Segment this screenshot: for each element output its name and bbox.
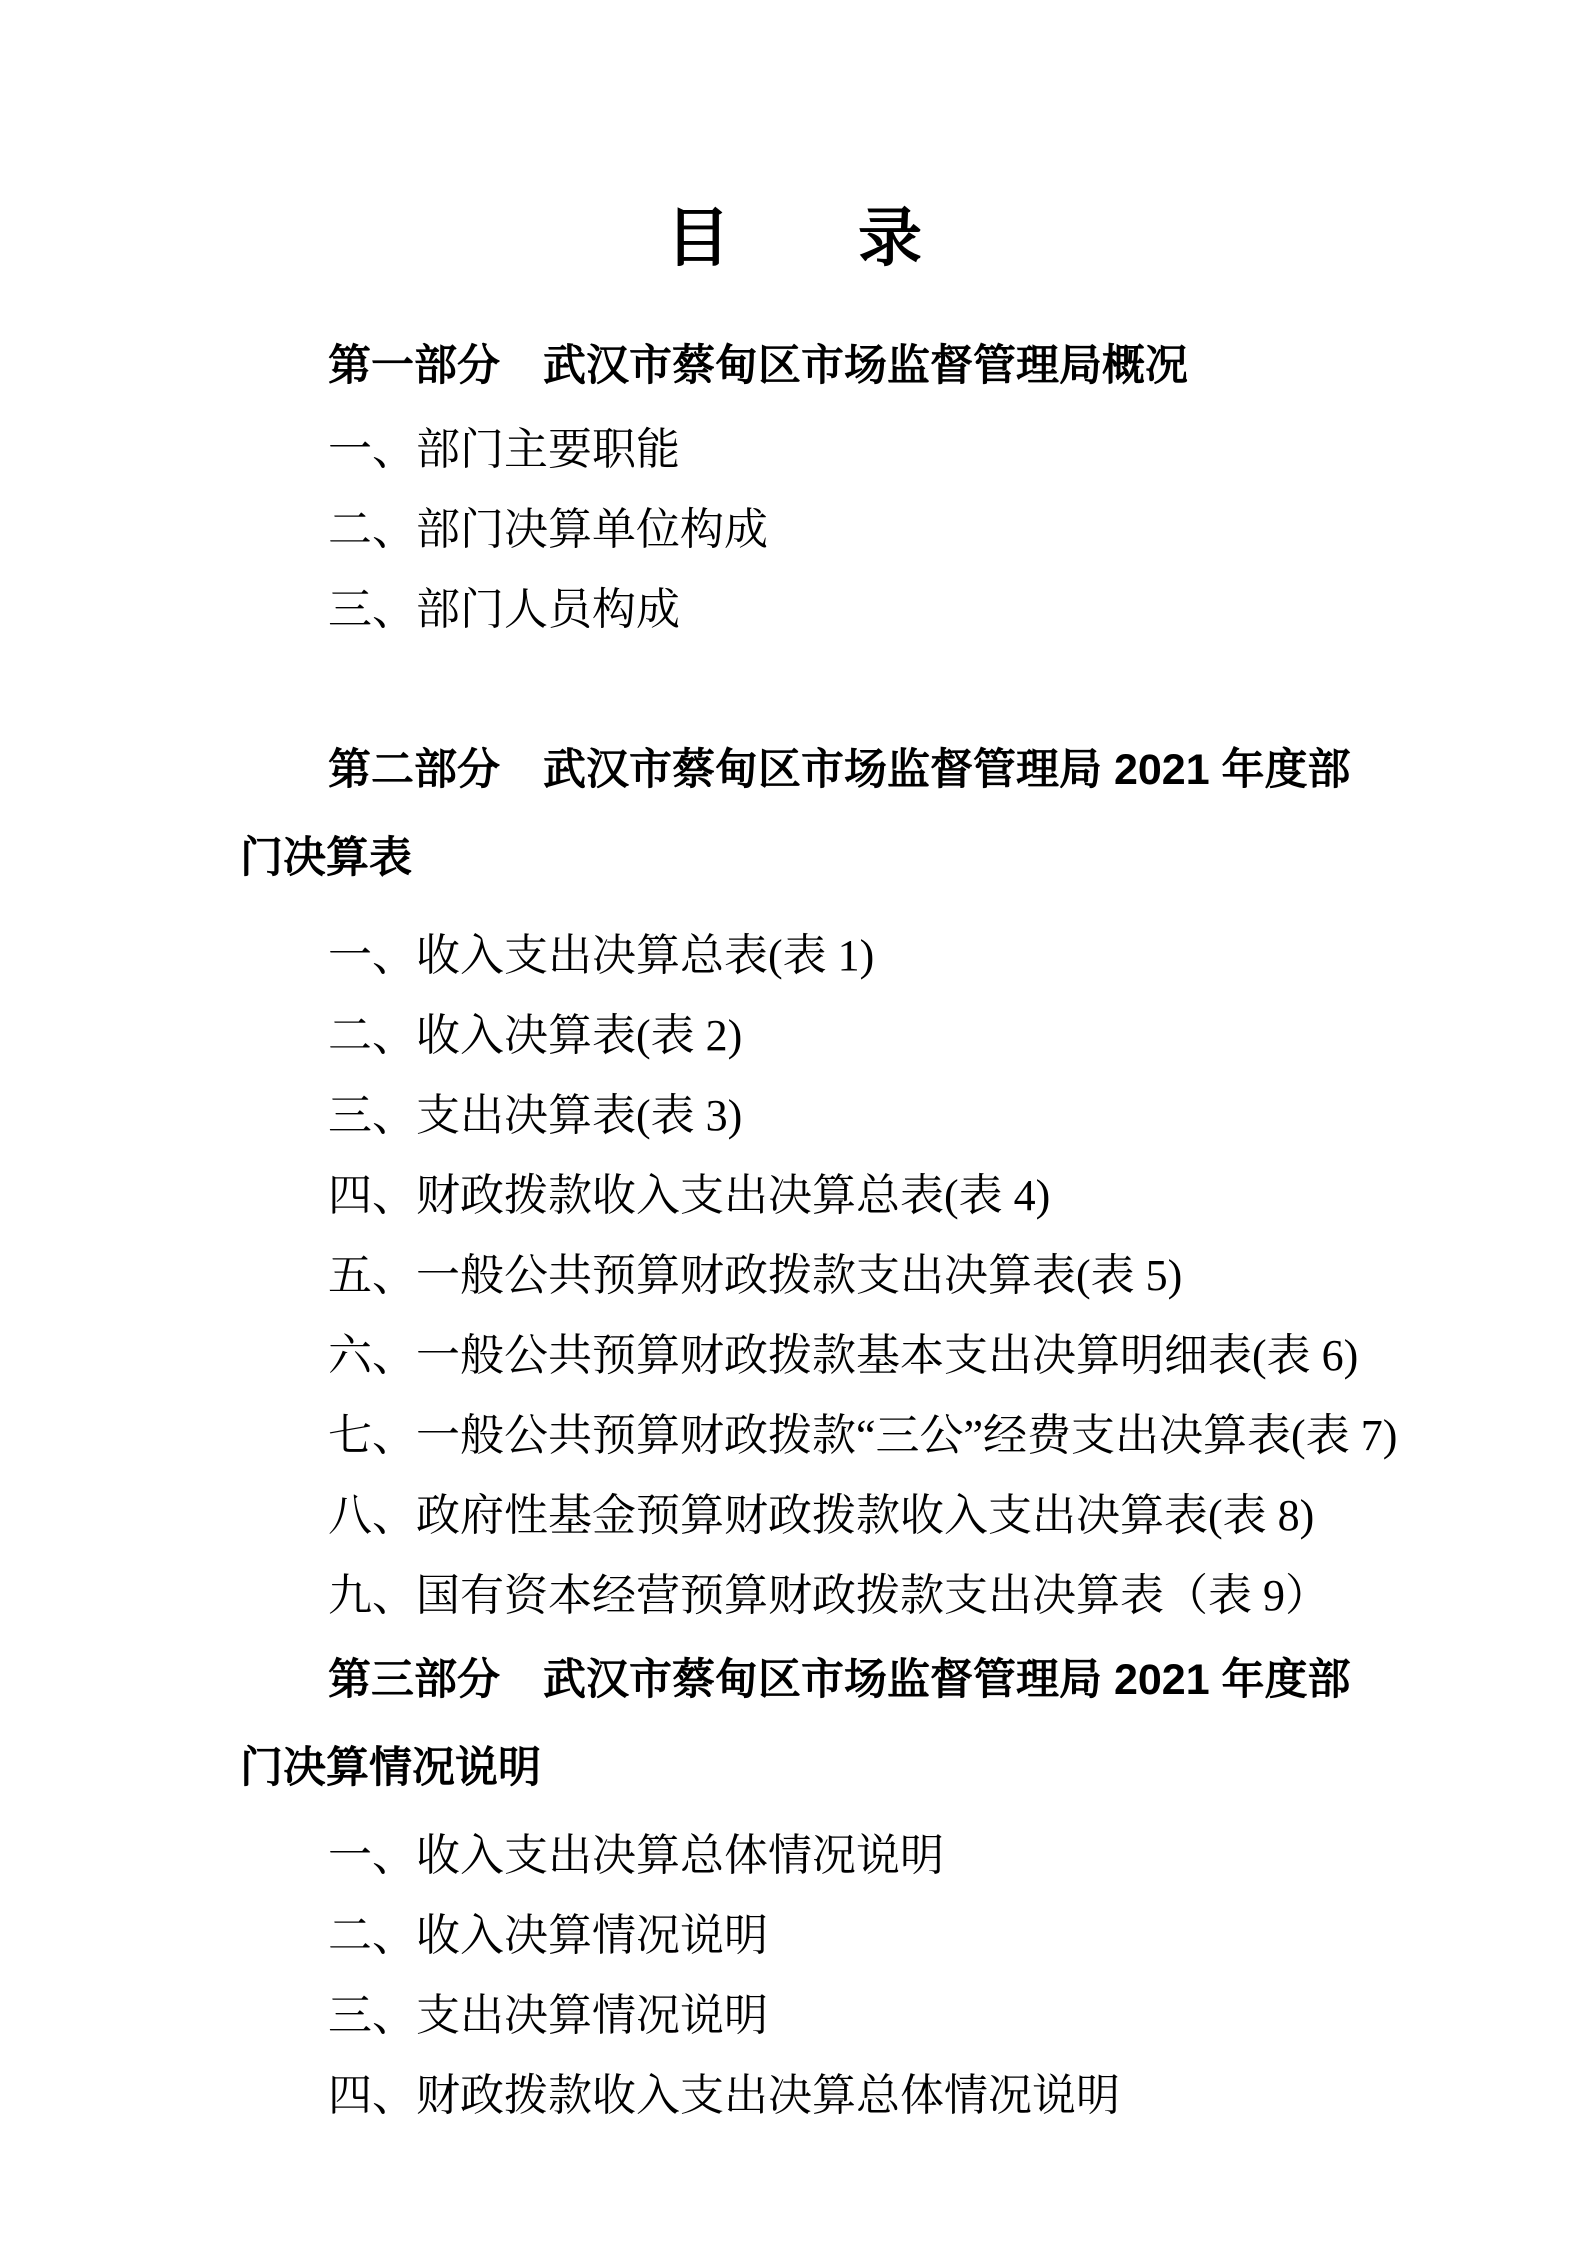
toc-item-part1-1: 一、部门主要职能	[240, 410, 1348, 490]
toc-item-part1-3: 三、部门人员构成	[240, 570, 1348, 650]
toc-item-part2-1: 一、收入支出决算总表(表 1)	[240, 916, 1348, 996]
section-part2: 第二部分 武汉市蔡甸区市场监督管理局 2021 年度部门决算表 一、收入支出决算…	[240, 726, 1348, 1636]
toc-item-part2-5: 五、一般公共预算财政拨款支出决算表(表 5)	[240, 1236, 1348, 1316]
toc-item-part2-8: 八、政府性基金预算财政拨款收入支出决算表(表 8)	[240, 1476, 1348, 1556]
toc-item-part2-2: 二、收入决算表(表 2)	[240, 996, 1348, 1076]
part2-heading: 第二部分 武汉市蔡甸区市场监督管理局 2021 年度部门决算表	[240, 726, 1348, 902]
page-title: 目 录	[240, 0, 1348, 286]
part1-heading-line1: 第一部分 武汉市蔡甸区市场监督管理局概况	[328, 342, 1188, 390]
toc-item-part1-2: 二、部门决算单位构成	[240, 490, 1348, 570]
document-page: 目 录 第一部分 武汉市蔡甸区市场监督管理局概况 一、部门主要职能 二、部门决算…	[0, 0, 1588, 2245]
part3-heading: 第三部分 武汉市蔡甸区市场监督管理局 2021 年度部门决算情况说明	[240, 1636, 1348, 1812]
toc-item-part3-3: 三、支出决算情况说明	[240, 1976, 1348, 2056]
part3-item-list: 一、收入支出决算总体情况说明 二、收入决算情况说明 三、支出决算情况说明 四、财…	[240, 1816, 1348, 2136]
toc-item-part2-4: 四、财政拨款收入支出决算总表(表 4)	[240, 1156, 1348, 1236]
section-part3: 第三部分 武汉市蔡甸区市场监督管理局 2021 年度部门决算情况说明 一、收入支…	[240, 1636, 1348, 2136]
toc-item-part2-3: 三、支出决算表(表 3)	[240, 1076, 1348, 1156]
part2-heading-line2: 门决算表	[240, 834, 412, 882]
toc-item-part3-2: 二、收入决算情况说明	[240, 1896, 1348, 1976]
toc-item-part2-6: 六、一般公共预算财政拨款基本支出决算明细表(表 6)	[240, 1316, 1348, 1396]
toc-item-part3-1: 一、收入支出决算总体情况说明	[240, 1816, 1348, 1896]
part2-heading-line1: 第二部分 武汉市蔡甸区市场监督管理局 2021 年度部	[328, 746, 1351, 794]
part2-item-list: 一、收入支出决算总表(表 1) 二、收入决算表(表 2) 三、支出决算表(表 3…	[240, 916, 1348, 1636]
part3-heading-line2: 门决算情况说明	[240, 1744, 541, 1792]
part3-heading-line1: 第三部分 武汉市蔡甸区市场监督管理局 2021 年度部	[328, 1656, 1351, 1704]
section-part1: 第一部分 武汉市蔡甸区市场监督管理局概况 一、部门主要职能 二、部门决算单位构成…	[240, 322, 1348, 650]
toc-item-part2-9: 九、国有资本经营预算财政拨款支出决算表（表 9）	[240, 1556, 1348, 1636]
part1-heading: 第一部分 武汉市蔡甸区市场监督管理局概况	[240, 322, 1348, 410]
toc-item-part2-7: 七、一般公共预算财政拨款“三公”经费支出决算表(表 7)	[240, 1396, 1348, 1476]
toc-item-part3-4: 四、财政拨款收入支出决算总体情况说明	[240, 2056, 1348, 2136]
